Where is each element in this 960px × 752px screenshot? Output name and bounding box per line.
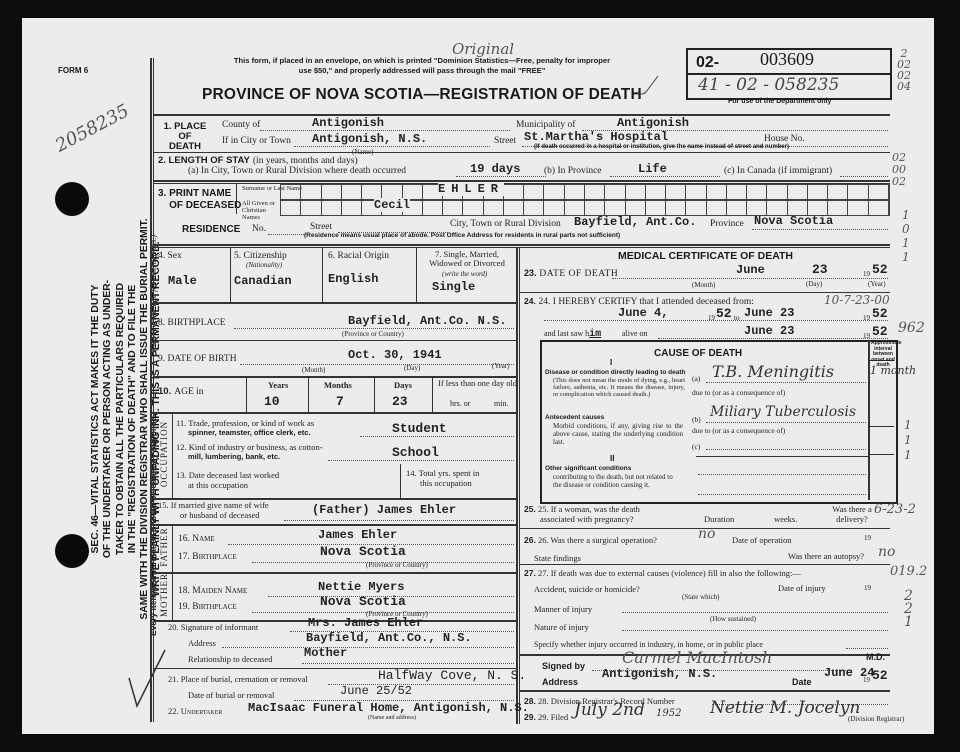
duration-label: Duration	[704, 514, 734, 524]
marital-status-label: 7. Single, Married, Widowed or Divorced	[420, 250, 514, 268]
burial-date-label: Date of burial or removal	[188, 690, 274, 700]
spouse-label: 15. If married give name of wife or husb…	[158, 500, 269, 520]
dod-year-value: 52	[872, 262, 888, 277]
municipality-label: Municipality of	[516, 120, 575, 130]
right-margin-code-962: 962	[898, 320, 925, 336]
burial-date-value: June 25/52	[340, 684, 412, 698]
other-conditions-label: Other significant conditions	[545, 465, 631, 472]
occupation-side-label: OCCUPATION	[159, 414, 169, 494]
informant-signature: Mrs. James Ehler	[308, 616, 423, 630]
mother-birthplace-label: 19. Birthplace	[178, 602, 237, 612]
attended-from-year: 52	[716, 306, 732, 321]
citizenship-note: (Nationality)	[246, 261, 282, 269]
direct-cause-label: Disease or condition directly leading to…	[545, 369, 699, 376]
attended-to-year: 52	[872, 306, 888, 321]
punch-hole	[55, 182, 89, 216]
attended-to-year-prefix: 19	[863, 314, 870, 322]
last-saw-date: June 23	[744, 324, 794, 338]
section-ii: II	[610, 454, 614, 463]
check-mark-icon	[127, 648, 167, 708]
title-check-mark-icon	[634, 74, 660, 98]
stay-province-label: (b) In Province	[544, 166, 602, 176]
interval-a: 1 month	[870, 364, 916, 377]
trade-value: Student	[392, 421, 447, 436]
operation-year-prefix: 19	[864, 534, 871, 542]
date-of-death-label: 23. DATE OF DEATH	[524, 268, 618, 279]
registrar-caption: (Division Registrar)	[848, 715, 904, 723]
death-registration-form: FORM 6 2058235 SEC. 46—VITAL STATISTICS …	[22, 18, 934, 734]
residence-province-value: Nova Scotia	[754, 214, 833, 228]
right-margin-codes-2: 02 00 02	[892, 152, 906, 188]
dod-year-caption: (Year)	[868, 280, 886, 288]
dod-day-caption: (Day)	[806, 280, 822, 288]
dept-prefix: 02-	[696, 54, 719, 72]
right-margin-codes-3: 1 0 1 1	[902, 208, 910, 264]
sex-label: 4. Sex	[158, 251, 182, 261]
length-of-stay-label: 2. LENGTH OF STAY (in years, months and …	[158, 155, 358, 166]
residence-no-label: No.	[252, 224, 266, 234]
given-label: All Given or Christian Names	[242, 200, 282, 221]
stamped-number: 003609	[760, 49, 814, 70]
residence-city-label: City, Town or Rural Division	[450, 219, 561, 229]
right-margin-codes-4: 1 1 1	[904, 418, 912, 463]
total-years-label: 14. Total yrs. spent in this occupation	[406, 468, 479, 488]
age-days-value: 23	[392, 394, 408, 409]
street-value: St.Martha's Hospital	[524, 130, 668, 144]
filed-label: 29. 29. Filed	[524, 712, 568, 722]
weeks-label: weeks.	[774, 514, 797, 524]
stay-canada-label: (c) In Canada (if immigrant)	[724, 166, 832, 176]
house-no-label: House No.	[764, 134, 805, 144]
physician-address-value: Antigonish, N.S.	[602, 667, 717, 681]
section-i: I	[610, 358, 612, 367]
mother-maiden-value: Nettie Myers	[318, 580, 404, 594]
signed-date-label: Date	[792, 677, 812, 687]
trade-label: 11. Trade, profession, or kind of work a…	[176, 418, 314, 438]
street-caption: (If death occurred in a hospital or inst…	[534, 144, 789, 150]
father-birthplace-value: Nova Scotia	[320, 544, 406, 559]
last-saw-year-prefix: 19	[863, 332, 870, 340]
birthplace-label: 8. BIRTHPLACE	[158, 318, 226, 328]
relationship-value: Mother	[304, 646, 347, 660]
handwritten-code-27: 019.2	[890, 564, 927, 579]
father-birthplace-caption: (Province or Country)	[366, 561, 428, 569]
attended-from-year-prefix: 19	[708, 314, 715, 322]
operation-date-label: Date of operation	[732, 535, 791, 545]
age-hrs-label: hrs. or	[450, 399, 470, 408]
dob-label: 9. DATE OF BIRTH	[158, 354, 237, 364]
surname-value: EHLER	[438, 182, 504, 196]
alive-on-label: alive on	[622, 329, 648, 338]
dod-day-value: 23	[812, 262, 828, 277]
mother-birthplace-value: Nova Scotia	[320, 594, 406, 609]
punch-hole	[55, 534, 89, 568]
last-saw-label: and last saw him	[544, 329, 601, 340]
md-label: M.D.	[866, 652, 885, 662]
last-worked-label: 13. Date deceased last worked at this oc…	[176, 470, 279, 490]
surname-boxes	[280, 184, 890, 200]
racial-origin-label: 6. Racial Origin	[328, 251, 389, 261]
to-label: to	[734, 314, 739, 322]
due-to-1: due to (or as a consequence of)	[692, 388, 785, 397]
informant-address-value: Bayfield, Ant.Co., N.S.	[306, 631, 472, 645]
pregnancy-label: 25. 25. If a woman, was the death associ…	[524, 504, 640, 524]
cause-a-value: T.B. Meningitis	[712, 362, 834, 381]
external-cause-label: 27. 27. If death was due to external cau…	[524, 568, 801, 578]
cause-b-value: Miliary Tuberculosis	[710, 404, 856, 420]
handwritten-code-24: 10-7-23-00	[824, 293, 890, 307]
burial-place-label: 21. Place of burial, cremation or remova…	[168, 674, 308, 684]
informant-address-label: Address	[188, 638, 216, 648]
place-of-death-label: 1. PLACEOFDEATH	[158, 122, 212, 152]
cause-a-label: (a)	[692, 374, 700, 383]
undertaker-label: 22. Undertaker	[168, 706, 222, 716]
registrar-signature: Nettie M. Jocelyn	[710, 698, 860, 718]
handwritten-original: Original	[452, 40, 514, 58]
dob-value: Oct. 30, 1941	[348, 348, 442, 362]
industry-label: 12. Kind of industry or business, as cot…	[176, 442, 323, 462]
county-value: Antigonish	[312, 116, 384, 130]
racial-origin-value: English	[328, 272, 378, 286]
right-margin-codes-5: 2 2 1	[904, 590, 913, 629]
accident-label: Accident, suicide or homicide?	[534, 584, 640, 594]
stay-city-value: 19 days	[470, 162, 520, 176]
due-to-2: due to (or as a consequence of)	[692, 426, 785, 435]
form-title: PROVINCE OF NOVA SCOTIA—REGISTRATION OF …	[202, 86, 642, 104]
manner-caption: (How sustained)	[710, 615, 756, 623]
direct-cause-note: (This does not mean the mode of dying, e…	[553, 377, 685, 398]
age-months-label: Months	[324, 380, 352, 390]
citizenship-value: Canadian	[234, 274, 292, 288]
injury-date-label: Date of injury	[778, 583, 826, 593]
age-months-value: 7	[336, 394, 344, 409]
residence-city-value: Bayfield, Ant.Co.	[574, 215, 696, 229]
given-name-value: Cecil	[374, 198, 410, 212]
residence-province-label: Province	[710, 219, 744, 229]
postal-notice: This form, if placed in an envelope, on …	[182, 56, 662, 76]
autopsy-label: Was there an autopsy?	[788, 551, 864, 561]
autopsy-value: no	[878, 544, 895, 560]
antecedent-label: Antecedent causes	[545, 414, 604, 421]
father-side-label: FATHER	[159, 524, 169, 570]
antecedent-note: Morbid conditions, if any, giving rise t…	[553, 422, 683, 446]
sex-value: Male	[168, 274, 197, 288]
street-label: Street	[494, 136, 516, 146]
city-value: Antigonish, N.S.	[312, 132, 427, 146]
municipality-value: Antigonish	[617, 116, 689, 130]
form-number: FORM 6	[58, 66, 88, 75]
handwritten-number: 41 - 02 - 058235	[698, 75, 839, 95]
cause-of-death-title: CAUSE OF DEATH	[654, 348, 742, 359]
manner-label: Manner of injury	[534, 604, 592, 614]
accident-caption: (State which)	[682, 593, 720, 601]
dept-caption: For use of the Department only	[728, 98, 831, 105]
cause-c-label: (c)	[692, 442, 700, 451]
age-min-label: min.	[494, 399, 508, 408]
department-box: 02- 003609 41 - 02 - 058235	[686, 48, 892, 100]
stay-city-label: (a) In City, Town or Rural Division wher…	[188, 166, 406, 176]
handwritten-margin-number: 2058235	[52, 100, 133, 156]
dob-year-caption: (Year)	[492, 362, 510, 370]
dod-year-prefix: 19	[863, 270, 870, 278]
operation-label: 26. 26. Was there a surgical operation?	[524, 535, 657, 545]
last-saw-year: 52	[872, 324, 888, 339]
medical-certificate-title: MEDICAL CERTIFICATE OF DEATH	[618, 250, 793, 262]
residence-caption: (Residence means usual place of abode. P…	[304, 232, 620, 239]
print-name-label: 3. PRINT NAME OF DECEASED	[158, 188, 241, 212]
father-birthplace-label: 17. Birthplace	[178, 552, 237, 562]
dob-month-caption: (Month)	[302, 366, 325, 374]
age-years-value: 10	[264, 394, 280, 409]
dod-month-caption: (Month)	[692, 281, 715, 289]
birthplace-caption: (Province or Country)	[342, 330, 404, 338]
dob-day-caption: (Day)	[404, 364, 420, 372]
father-name-value: James Ehler	[318, 528, 397, 542]
industry-value: School	[392, 445, 439, 460]
city-label: If in City or Town	[222, 136, 291, 146]
marital-note: (write the word)	[442, 270, 487, 278]
county-label: County of	[222, 120, 260, 130]
residence-label: RESIDENCE	[182, 224, 240, 235]
residence-street-label: Street	[310, 222, 332, 232]
informant-label: 20. Signature of informant	[168, 622, 258, 632]
handwritten-code-25: 6-23-2	[874, 502, 916, 517]
spouse-value: (Father) James Ehler	[312, 503, 456, 517]
undertaker-caption: (Name and address)	[368, 715, 416, 721]
age-days-label: Days	[394, 380, 412, 390]
operation-value: no	[698, 526, 715, 542]
stay-province-value: Life	[638, 162, 667, 176]
physician-signature: Carmel MacIntosh	[622, 648, 772, 667]
mother-maiden-label: 18. Maiden Name	[178, 586, 247, 596]
findings-label: State findings	[534, 553, 581, 563]
attended-to-value: June 23	[744, 306, 794, 320]
signed-year-value: 52	[872, 668, 888, 683]
mother-side-label: MOTHER	[159, 572, 169, 618]
attended-from-value: June 4,	[618, 306, 668, 320]
nature-label: Nature of injury	[534, 622, 589, 632]
undertaker-value: MacIsaac Funeral Home, Antigonish, N.S.	[248, 701, 529, 715]
age-years-label: Years	[268, 380, 288, 390]
filed-year: 1952	[656, 708, 681, 719]
birthplace-value: Bayfield, Ant.Co. N.S.	[348, 314, 506, 328]
filed-date: July 2nd	[574, 700, 645, 720]
injury-year-prefix: 19	[864, 584, 871, 592]
signed-by-label: Signed by	[542, 661, 585, 671]
age-label: 10. AGE in	[158, 386, 204, 397]
dod-month-value: June	[736, 263, 765, 277]
right-margin-codes: 2 02 02 04	[894, 48, 914, 92]
burial-place-value: HalfWay Cove, N. S.	[378, 668, 526, 683]
physician-address-label: Address	[542, 677, 578, 687]
other-conditions-note: contributing to the death, but not relat…	[553, 473, 683, 489]
marital-status-value: Single	[432, 280, 475, 294]
father-name-label: 16. Name	[178, 534, 215, 544]
signed-year-prefix: 19	[863, 676, 870, 684]
cause-b-label: (b)	[692, 415, 701, 424]
relationship-label: Relationship to deceased	[188, 654, 273, 664]
citizenship-label: 5. Citizenship	[234, 251, 287, 261]
age-less-label: If less than one day old	[438, 378, 517, 388]
